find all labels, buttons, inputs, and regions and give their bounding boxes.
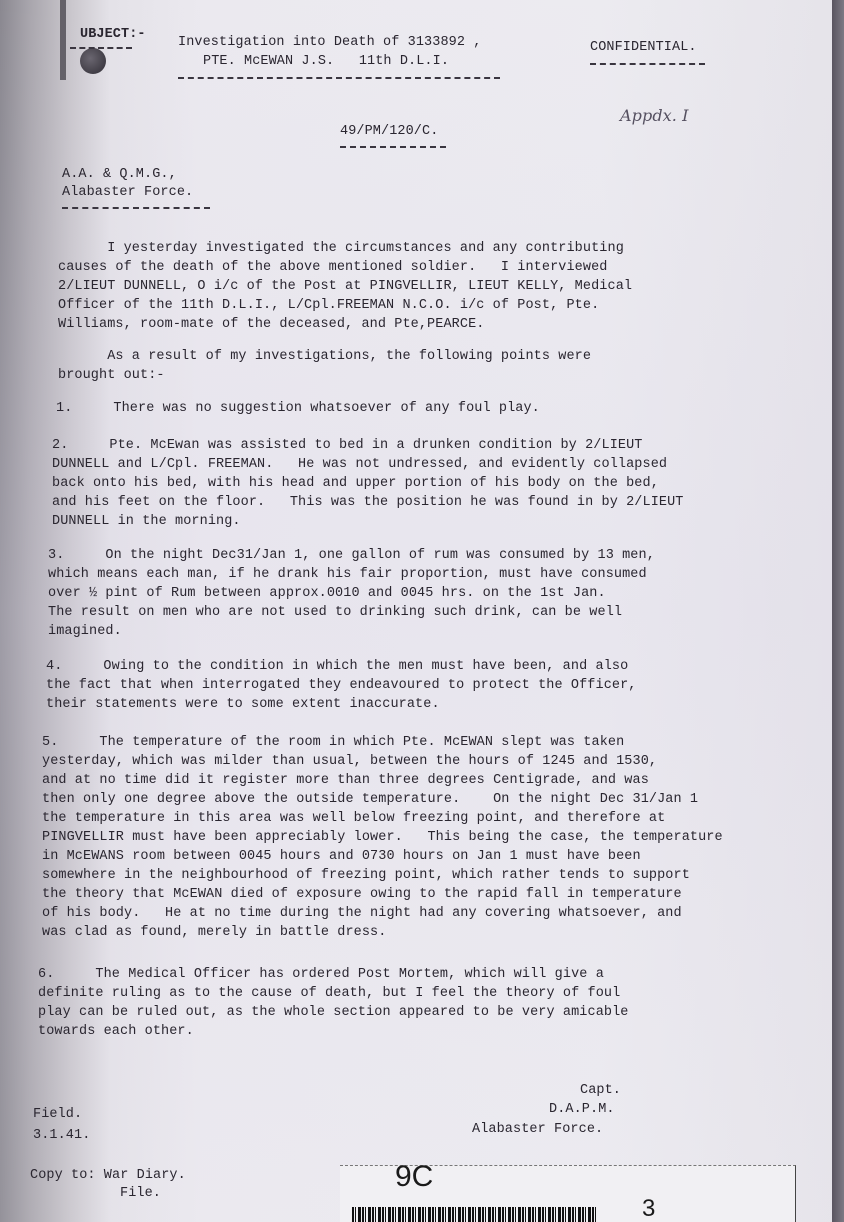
reference-underline: [340, 146, 446, 148]
intro-line: 2/LIEUT DUNNELL, O i/c of the Post at PI…: [58, 277, 632, 296]
subject-line-1: Investigation into Death of 3133892 ,: [178, 33, 481, 52]
point-line: was clad as found, merely in battle dres…: [42, 923, 386, 942]
date: 3.1.41.: [33, 1126, 90, 1145]
signature-unit: Alabaster Force.: [472, 1120, 603, 1139]
point-line: the theory that McEWAN died of exposure …: [42, 885, 682, 904]
page-edge-shadow: [832, 0, 844, 1222]
handwritten-appendix-note: Appdx. I: [620, 106, 689, 125]
point-line: which means each man, if he drank his fa…: [48, 565, 647, 584]
subject-line-2: PTE. McEWAN J.S. 11th D.L.I.: [203, 52, 449, 71]
addressee-line-2: Alabaster Force.: [62, 183, 193, 202]
reference-number: 49/PM/120/C.: [340, 122, 438, 141]
point-line: back onto his bed, with his head and upp…: [52, 474, 659, 493]
point-line: definite ruling as to the cause of death…: [38, 984, 620, 1003]
point-line: imagined.: [48, 622, 122, 641]
subject-label: UBJECT:-: [80, 25, 146, 44]
archive-page-number: 3: [642, 1195, 655, 1222]
point-line: The result on men who are not used to dr…: [48, 603, 622, 622]
intro-line: Officer of the 11th D.L.I., L/Cpl.FREEMA…: [58, 296, 599, 315]
point-line: and his feet on the floor. This was the …: [52, 493, 684, 512]
archive-code: 9C: [395, 1160, 433, 1194]
intro-line: I yesterday investigated the circumstanc…: [58, 239, 624, 258]
point-line: 1. There was no suggestion whatsoever of…: [56, 399, 540, 418]
point-line: and at no time did it register more than…: [42, 771, 649, 790]
point-line: in McEWANS room between 0045 hours and 0…: [42, 847, 641, 866]
intro-line: causes of the death of the above mention…: [58, 258, 608, 277]
copy-file: File.: [120, 1184, 161, 1203]
point-line: 3. On the night Dec31/Jan 1, one gallon …: [48, 546, 655, 565]
result-line: brought out:-: [58, 366, 165, 385]
treasury-tag-knot: [80, 48, 106, 74]
classification: CONFIDENTIAL.: [590, 38, 697, 57]
point-line: somewhere in the neighbourhood of freezi…: [42, 866, 690, 885]
point-line: DUNNELL and L/Cpl. FREEMAN. He was not u…: [52, 455, 667, 474]
result-line: As a result of my investigations, the fo…: [58, 347, 591, 366]
point-line: over ½ pint of Rum between approx.0010 a…: [48, 584, 606, 603]
addressee-line-1: A.A. & Q.M.G.,: [62, 165, 177, 184]
point-line: of his body. He at no time during the ni…: [42, 904, 682, 923]
point-line: 6. The Medical Officer has ordered Post …: [38, 965, 604, 984]
point-line: 5. The temperature of the room in which …: [42, 733, 624, 752]
point-line: the fact that when interrogated they end…: [46, 676, 637, 695]
point-line: 4. Owing to the condition in which the m…: [46, 657, 628, 676]
point-line: then only one degree above the outside t…: [42, 790, 698, 809]
point-line: PINGVELLIR must have been appreciably lo…: [42, 828, 723, 847]
intro-line: Williams, room-mate of the deceased, and…: [58, 315, 484, 334]
signature-title: D.A.P.M.: [549, 1100, 615, 1119]
point-line: DUNNELL in the morning.: [52, 512, 241, 531]
point-line: 2. Pte. McEwan was assisted to bed in a …: [52, 436, 643, 455]
point-line: their statements were to some extent ina…: [46, 695, 440, 714]
barcode: [352, 1207, 598, 1222]
point-line: towards each other.: [38, 1022, 194, 1041]
copy-to: Copy to: War Diary.: [30, 1166, 186, 1185]
classification-underline: [590, 63, 705, 65]
addressee-underline: [62, 207, 210, 209]
signature-rank: Capt.: [580, 1081, 621, 1100]
point-line: yesterday, which was milder than usual, …: [42, 752, 657, 771]
point-line: play can be ruled out, as the whole sect…: [38, 1003, 629, 1022]
point-line: the temperature in this area was well be…: [42, 809, 665, 828]
subject-underline: [178, 77, 500, 79]
place: Field.: [33, 1105, 82, 1124]
